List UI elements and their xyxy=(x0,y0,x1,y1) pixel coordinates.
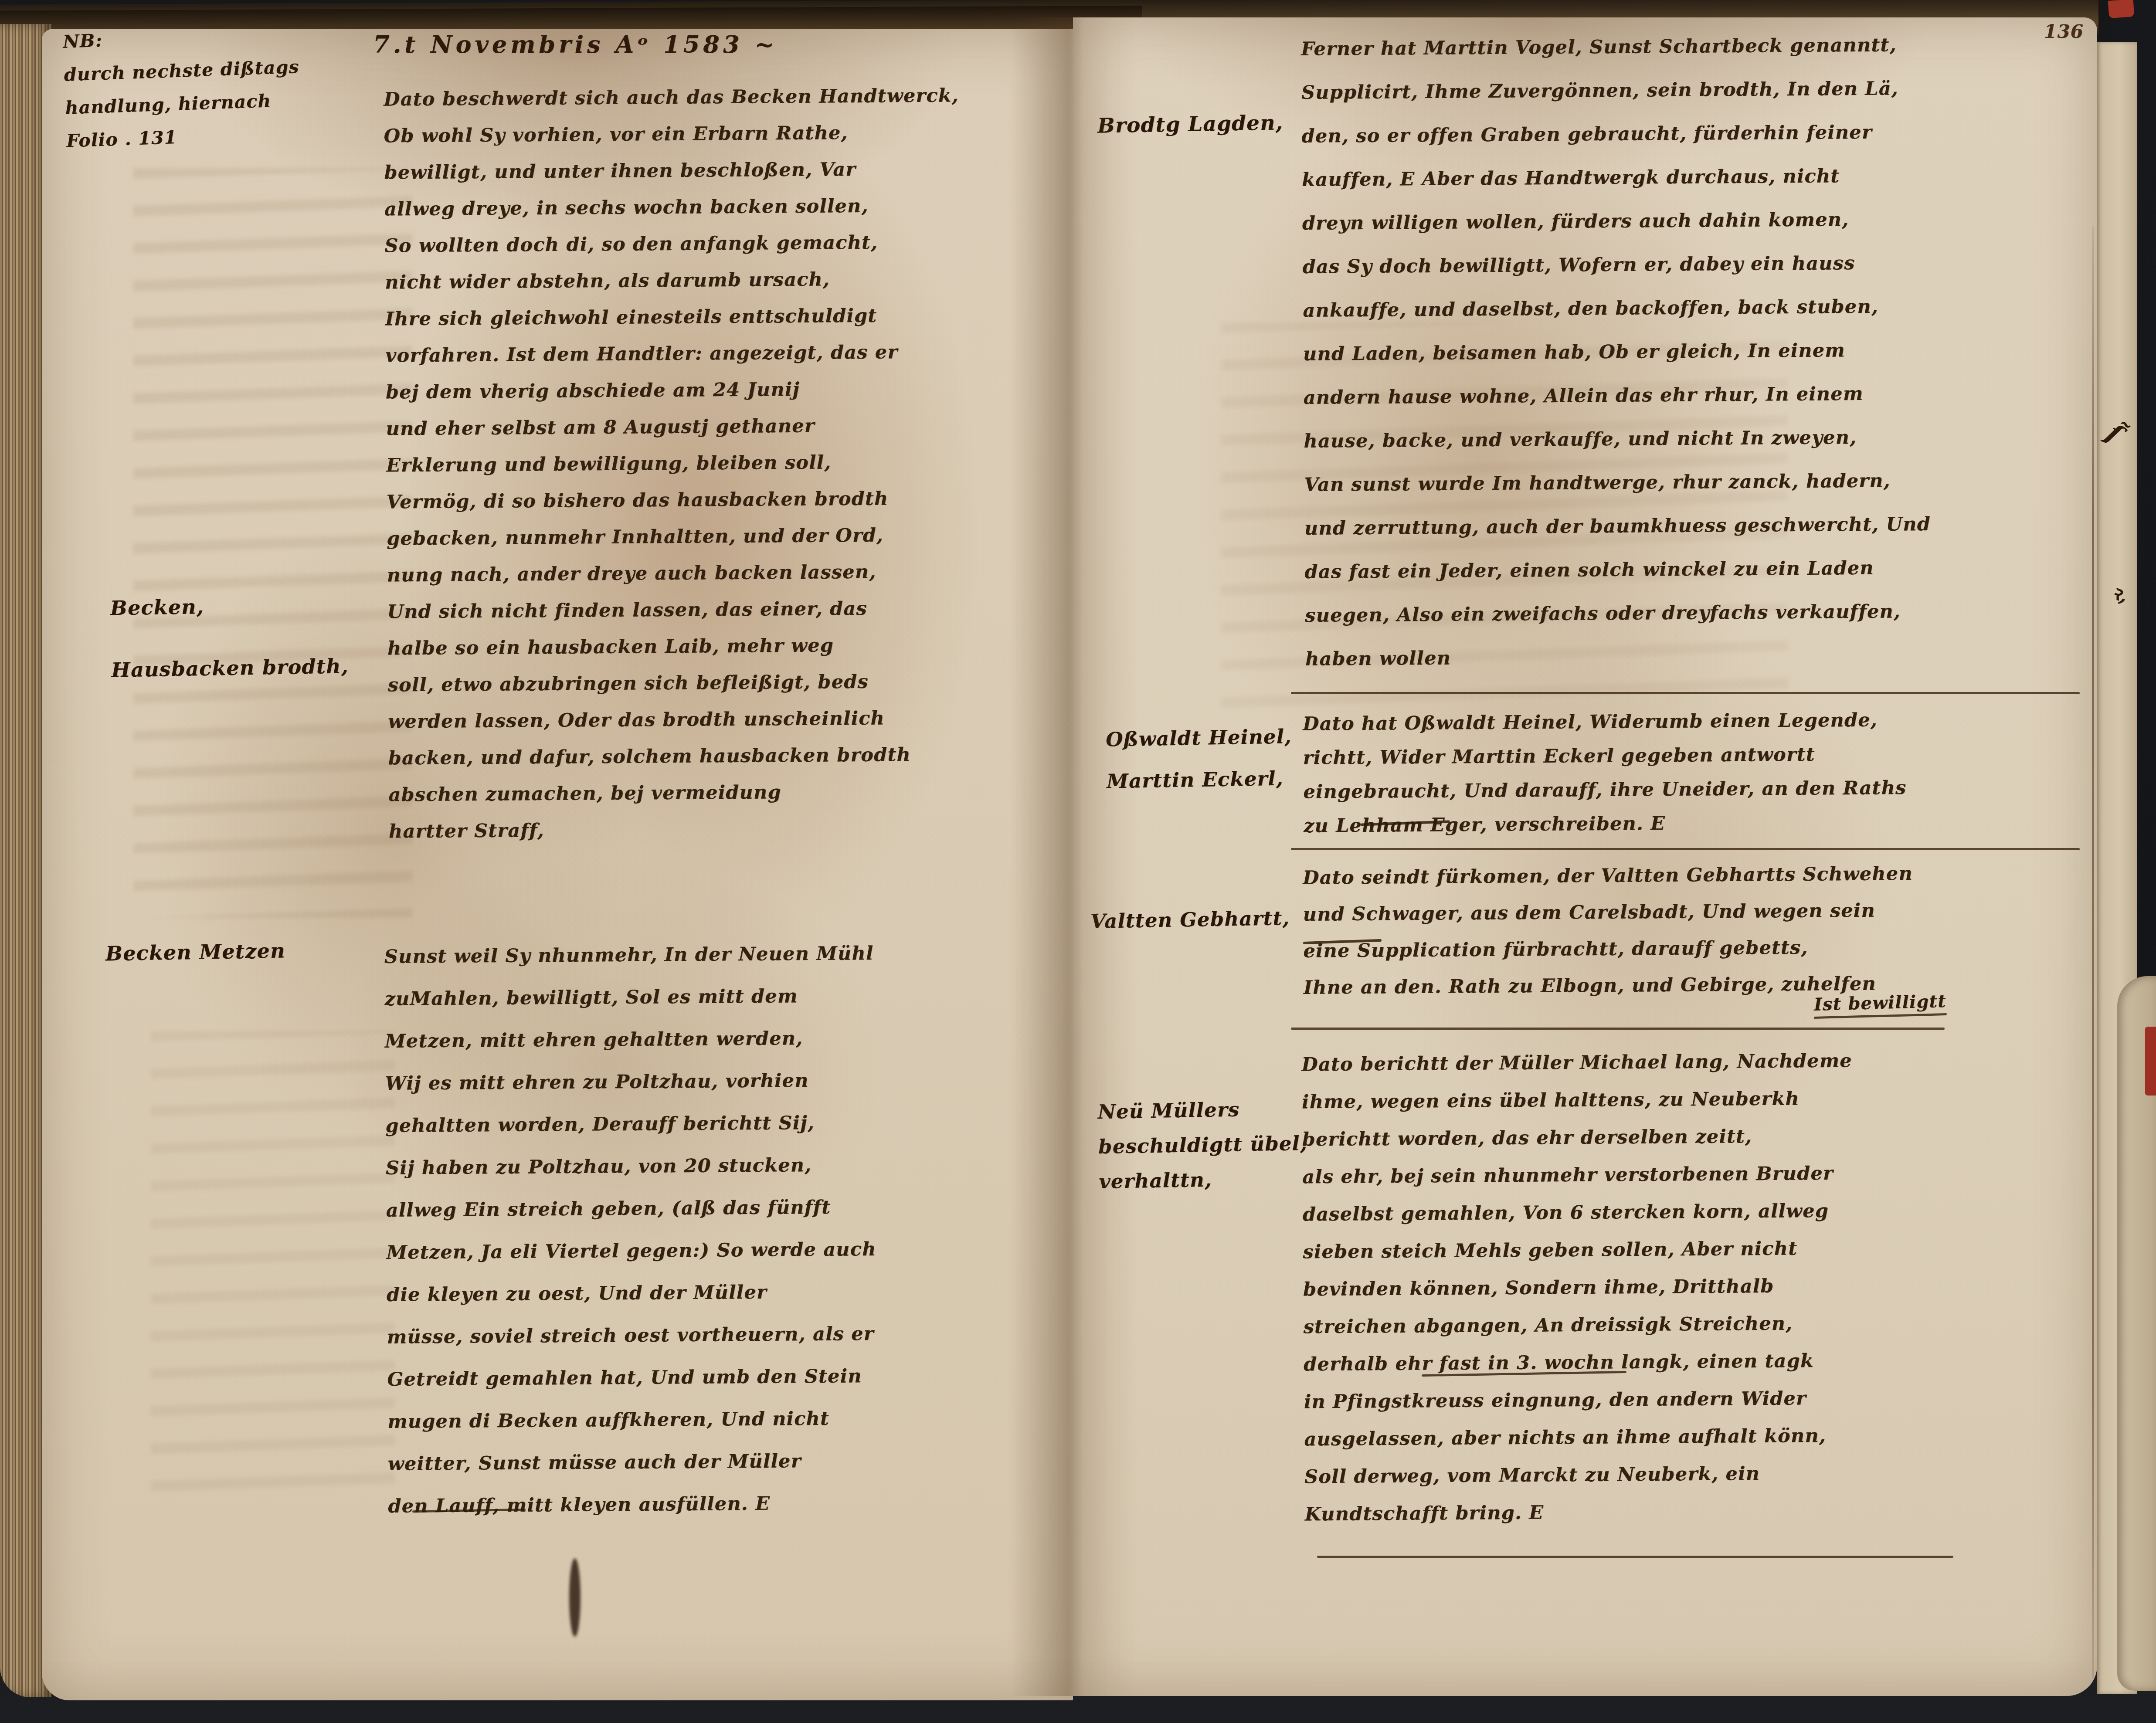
manuscript-text-line: ausgelassen, aber nichts an ihme aufhalt… xyxy=(1304,1417,1855,1458)
manuscript-text-line: bevinden können, Sondern ihme, Dritthalb xyxy=(1303,1267,1854,1309)
manuscript-text-line: Dato seindt fürkomen, der Valtten Gebhar… xyxy=(1303,855,1913,896)
right-page: 136 Ferner hat Marttin Vogel, Sunst Scha… xyxy=(1073,17,2097,1696)
manuscript-text-line: Hausbacken brodth, xyxy=(111,635,349,701)
entry-text-becken-metzen: Sunst weil Sy nhunmehr, In der Neuen Müh… xyxy=(384,933,878,1528)
manuscript-text-line: das fast ein Jeder, einen solch winckel … xyxy=(1304,546,1931,594)
manuscript-text-line: Dato beschwerdt sich auch das Becken Han… xyxy=(384,77,959,118)
manuscript-text-line: eingebraucht, Und darauff, ihre Uneider,… xyxy=(1303,771,1907,809)
manuscript-text-line: ankauffe, und daselbst, den backoffen, b… xyxy=(1303,285,1929,332)
manuscript-text-line: Becken, xyxy=(110,573,348,639)
manuscript-text-line: suegen, Also ein zweifachs oder dreyfach… xyxy=(1305,590,1932,638)
manuscript-text-line: ihme, wegen eins übel halttens, zu Neube… xyxy=(1302,1080,1853,1121)
manuscript-text-line: Metzen, Ja eli Viertel gegen:) So werde … xyxy=(386,1228,876,1274)
marginal-note-folio-reference: NB:durch nechste dißtagshandlung, hierna… xyxy=(62,15,363,158)
manuscript-text-line: Neü Müllers xyxy=(1097,1091,1307,1129)
manuscript-text-line: hartter Straff, xyxy=(389,809,964,850)
margin-note-valtten-gebhartt: Valtten Gebhartt, xyxy=(1090,906,1290,933)
manuscript-text-line: die kleyen zu oest, Und der Müller xyxy=(387,1271,877,1316)
manuscript-text-line: Supplicirt, Ihme Zuvergönnen, sein brodt… xyxy=(1301,67,1928,115)
manuscript-text-line: Erklerung und bewilligung, bleiben soll, xyxy=(386,443,961,484)
manuscript-text-line: Marttin Eckerl, xyxy=(1106,757,1293,802)
manuscript-text-line: soll, etwo abzubringen sich befleißigt, … xyxy=(387,663,963,703)
manuscript-text-line: streichen abgangen, An dreissigk Streich… xyxy=(1303,1305,1854,1346)
red-bookmark-tab xyxy=(2108,0,2135,18)
entry-text-valtten-gebhartt: Dato seindt fürkomen, der Valtten Gebhar… xyxy=(1303,855,1914,1006)
manuscript-text-line: Van sunst wurde Im handtwerge, rhur zanc… xyxy=(1304,459,1931,507)
bleed-through-text xyxy=(151,1031,395,1510)
manuscript-text-line: Dato hat Oßwaldt Heinel, Widerumb einen … xyxy=(1303,703,1906,741)
manuscript-text-line: zuMahlen, bewilligtt, Sol es mitt dem xyxy=(384,975,875,1021)
margin-note-neu-muellers-beschuldigt: Neü Müllersbeschuldigtt übel,verhalttn, xyxy=(1097,1091,1308,1199)
manuscript-text-line: Dato berichtt der Müller Michael lang, N… xyxy=(1301,1042,1852,1084)
manuscript-text-line: müsse, soviel streich oest vortheuern, a… xyxy=(387,1313,877,1359)
manuscript-text-line: Sunst weil Sy nhunmehr, In der Neuen Müh… xyxy=(384,933,874,978)
margin-note-becken-metzen: Becken Metzen xyxy=(105,939,286,965)
manuscript-text-line: Vermög, di so bishero das hausbacken bro… xyxy=(386,480,961,520)
manuscript-text-line: und zerruttung, auch der baumkhuess gesc… xyxy=(1304,502,1931,550)
manuscript-text-line: Ihre sich gleichwohl einesteils enttschu… xyxy=(385,297,960,337)
manuscript-text-line: allweg dreye, in sechs wochn backen soll… xyxy=(384,187,960,227)
entry-text-brodtlaeden: Ferner hat Marttin Vogel, Sunst Schartbe… xyxy=(1301,23,1932,681)
resolution-note-ist-bewilligt: Ist bewilligtt xyxy=(1813,991,1946,1019)
manuscript-text-line: dreyn willigen wollen, fürders auch dahi… xyxy=(1302,197,1929,245)
manuscript-text-line: Metzen, mitt ehren gehaltten werden, xyxy=(385,1017,875,1063)
margin-note-becken-hausbacken-brodt: Becken,Hausbacken brodth, xyxy=(110,573,350,701)
section-divider-line xyxy=(1291,692,2080,694)
manuscript-text-line: halbe so ein hausbacken Laib, mehr weg xyxy=(387,626,963,667)
manuscript-text-line: Sij haben zu Poltzhau, von 20 stucken, xyxy=(386,1144,876,1190)
manuscript-text-line: allweg Ein streich geben, (alß das fünff… xyxy=(386,1186,876,1232)
manuscript-text-line: gebacken, nunmehr Innhaltten, und der Or… xyxy=(387,516,962,557)
page-edge-crease xyxy=(2092,227,2094,1678)
red-ribbon-marker xyxy=(2145,1027,2156,1096)
manuscript-text-line: vorfahren. Ist dem Handtler: angezeigt, … xyxy=(385,333,961,374)
manuscript-text-line: Valtten Gebhartt, xyxy=(1090,906,1290,933)
manuscript-text-line: das Sy doch bewilligtt, Wofern er, dabey… xyxy=(1302,241,1929,289)
manuscript-text-line: nung nach, ander dreye auch backen lasse… xyxy=(387,553,962,594)
manuscript-text-line: sieben steich Mehls geben sollen, Aber n… xyxy=(1303,1230,1854,1271)
manuscript-text-line: kauffen, E Aber das Handtwergk durchaus,… xyxy=(1302,154,1929,202)
entry-text-miller-michael-lang: Dato berichtt der Müller Michael lang, N… xyxy=(1301,1042,1855,1533)
section-divider-line xyxy=(1291,1028,1945,1030)
date-heading: 7.t Novembris Aᵒ 1583 ~ xyxy=(373,31,778,58)
manuscript-text-line: als ehr, bej sein nhunmehr verstorbenen … xyxy=(1302,1155,1853,1196)
manuscript-text-line: hause, backe, und verkauffe, und nicht I… xyxy=(1304,415,1930,463)
manuscript-text-line: richtt, Wider Marttin Eckerl gegeben ant… xyxy=(1303,737,1906,775)
manuscript-text-line: Getreidt gemahlen hat, Und umb den Stein xyxy=(387,1355,877,1401)
ink-smudge xyxy=(569,1558,581,1637)
manuscript-text-line: Kundtschafft bring. E xyxy=(1304,1492,1855,1533)
manuscript-text-line: den, so er offen Graben gebraucht, fürde… xyxy=(1301,110,1928,158)
manuscript-text-line: weitter, Sunst müsse auch der Müller xyxy=(387,1440,878,1486)
manuscript-text-line: haben wollen xyxy=(1305,633,1932,681)
manuscript-text-line: derhalb ehr fast in 3. wochn langk, eine… xyxy=(1304,1342,1854,1384)
manuscript-text-line: und eher selbst am 8 Augustj gethaner xyxy=(386,407,961,447)
manuscript-text-line: Und sich nicht finden lassen, das einer,… xyxy=(387,590,962,630)
manuscript-text-line: bewilligt, und unter ihnen beschloßen, V… xyxy=(384,150,959,191)
manuscript-text-line: berichtt worden, das ehr derselben zeitt… xyxy=(1302,1117,1853,1159)
bleed-through-text xyxy=(133,168,412,918)
manuscript-text-line: So wollten doch di, so den anfangk gemac… xyxy=(384,224,960,264)
manuscript-text-line: Ferner hat Marttin Vogel, Sunst Schartbe… xyxy=(1301,23,1928,71)
manuscript-text-line: den Lauff, mitt kleyen ausfüllen. E xyxy=(388,1482,878,1528)
manuscript-text-line: eine Supplication fürbrachtt, darauff ge… xyxy=(1303,929,1913,970)
manuscript-text-line: werden lassen, Oder das brodth unscheinl… xyxy=(388,699,963,740)
manuscript-text-line: verhalttn, xyxy=(1099,1161,1308,1199)
manuscript-photo: NB:durch nechste dißtagshandlung, hierna… xyxy=(0,0,2156,1723)
manuscript-text-line: Oßwaldt Heinel, xyxy=(1105,716,1292,760)
manuscript-text-line: andern hause wohne, Allein das ehr rhur,… xyxy=(1303,372,1930,420)
manuscript-text-line: Becken Metzen xyxy=(105,939,286,965)
manuscript-text-line: mugen di Becken auffkheren, Und nicht xyxy=(387,1397,878,1443)
folio-number: 136 xyxy=(2044,21,2084,42)
manuscript-text-line: nicht wider abstehn, als darumb ursach, xyxy=(385,260,960,301)
manuscript-text-line: Ob wohl Sy vorhien, vor ein Erbarn Rathe… xyxy=(384,114,959,154)
manuscript-text-line: backen, und dafur, solchem hausbacken br… xyxy=(388,736,963,777)
manuscript-text-line: und Schwager, aus dem Carelsbadt, Und we… xyxy=(1303,892,1913,933)
margin-note-brodtlaeden: Brodtg Lagden, xyxy=(1097,111,1283,138)
margin-note-oswaldt-heinel-marttin-eckerl: Oßwaldt Heinel,Marttin Eckerl, xyxy=(1105,716,1293,802)
manuscript-text-line: Wij es mitt ehren zu Poltzhau, vorhien xyxy=(385,1059,875,1105)
manuscript-text-line: Soll derweg, vom Marckt zu Neuberk, ein xyxy=(1304,1455,1855,1496)
section-divider-line xyxy=(1291,848,2080,850)
manuscript-text-line: beschuldigtt übel, xyxy=(1098,1126,1307,1164)
manuscript-text-line: Brodtg Lagden, xyxy=(1097,111,1283,138)
manuscript-text-line: daselbst gemahlen, Von 6 stercken korn, … xyxy=(1303,1192,1854,1234)
section-divider-line xyxy=(1317,1556,1953,1558)
left-page: NB:durch nechste dißtagshandlung, hierna… xyxy=(42,29,1073,1700)
manuscript-text-line: bej dem vherig abschiede am 24 Junij xyxy=(386,370,961,410)
entry-text-bakers-housebread: Dato beschwerdt sich auch das Becken Han… xyxy=(384,77,964,850)
manuscript-text-line: gehaltten worden, Derauff berichtt Sij, xyxy=(385,1102,876,1147)
manuscript-text-line: und Laden, beisamen hab, Ob er gleich, I… xyxy=(1303,328,1930,376)
manuscript-text-line: abschen zumachen, bej vermeidung xyxy=(388,773,964,813)
manuscript-text-line: in Pfingstkreuss eingnung, den andern Wi… xyxy=(1304,1380,1855,1421)
